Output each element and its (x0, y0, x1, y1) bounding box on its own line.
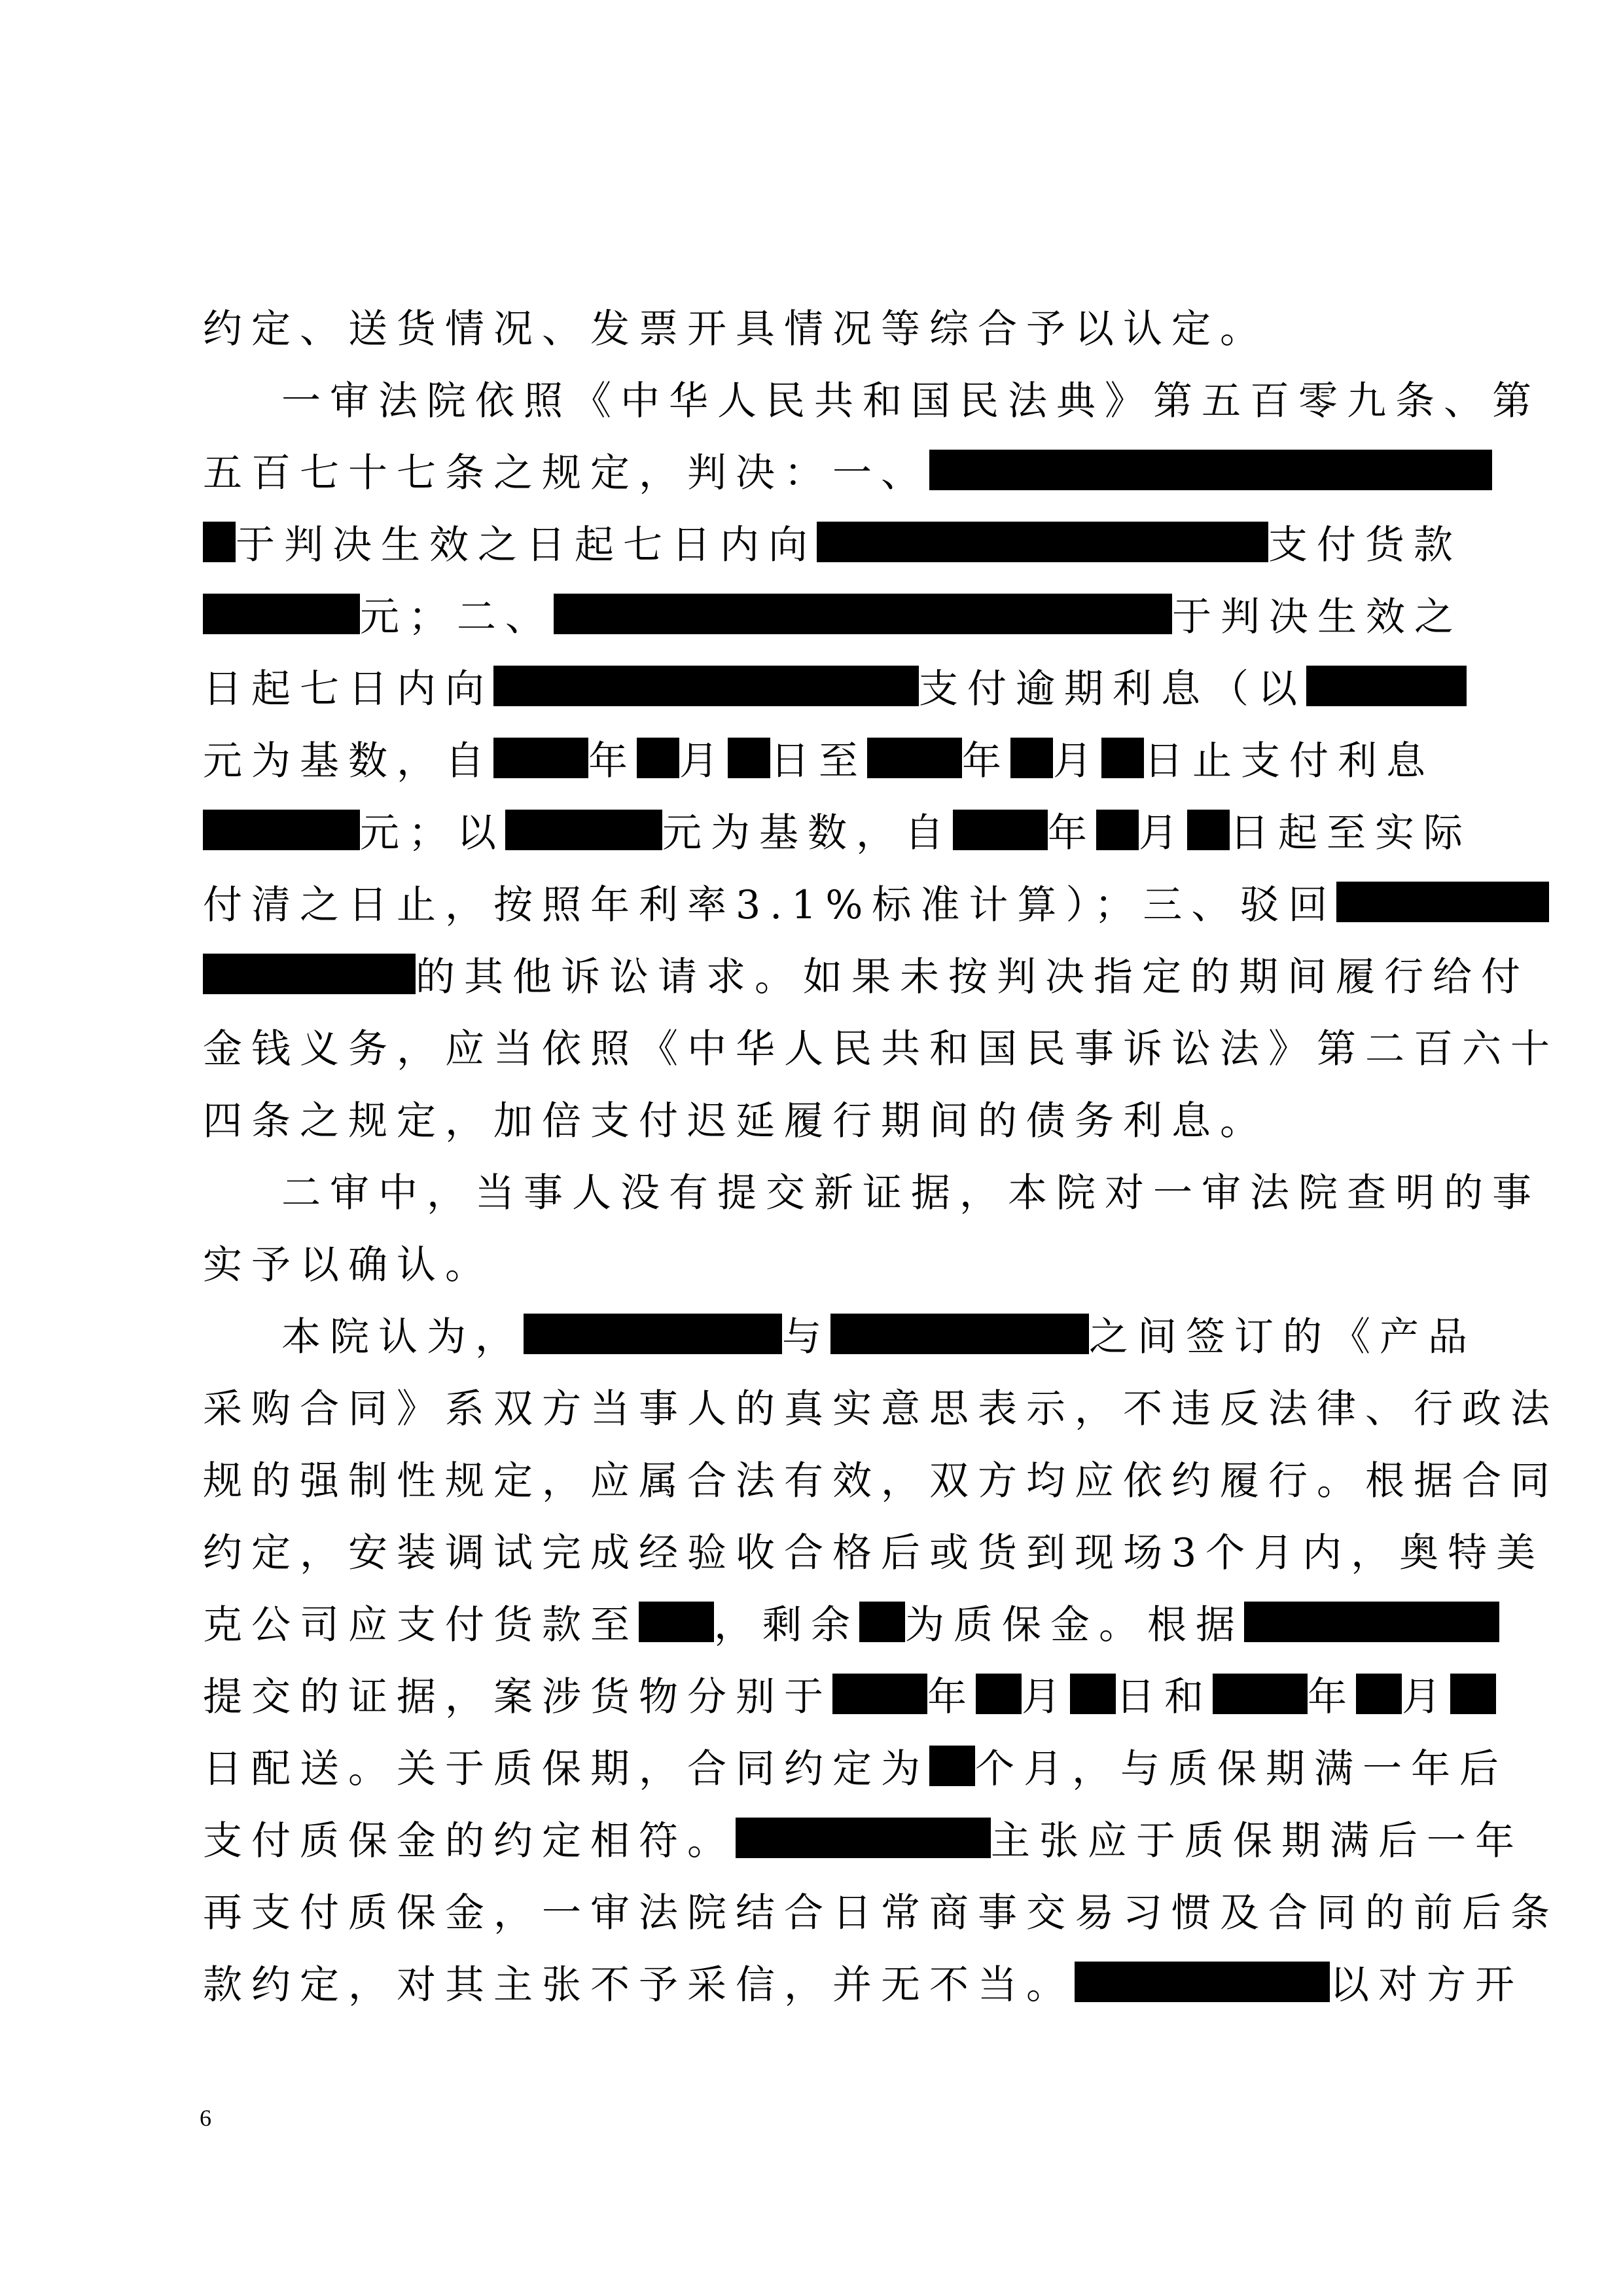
text-segment: 规的强制性规定，应属合法有效，双方均应依约履行。根据合同 (203, 1450, 1559, 1506)
document-page: 约定、送货情况、发票开具情况等综合予以认定。一审法院依照《中华人民共和国民法典》… (0, 0, 1623, 2296)
text-segment: 月 (1402, 1666, 1450, 1722)
redaction-box (203, 954, 416, 994)
redaction-box (1450, 1674, 1496, 1714)
text-segment: 元为基数，自 (203, 730, 493, 786)
text-line: 约定，安装调试完成经验收合格后或货到现场3个月内，奥特美 (203, 1524, 1420, 1576)
text-line: 支付质保金的约定相符。主张应于质保期满后一年 (203, 1812, 1420, 1864)
text-line: 二审中，当事人没有提交新证据，本院对一审法院查明的事 (281, 1164, 1420, 1216)
text-segment: 日至 (770, 730, 867, 786)
redaction-box (637, 738, 679, 778)
redaction-box (867, 738, 962, 778)
text-segment: 二审中，当事人没有提交新证据，本院对一审法院查明的事 (281, 1162, 1541, 1218)
redaction-box (976, 1674, 1022, 1714)
text-line: 规的强制性规定，应属合法有效，双方均应依约履行。根据合同 (203, 1452, 1420, 1504)
text-segment: 月 (1139, 802, 1187, 858)
redaction-box (728, 738, 770, 778)
redaction-box (1336, 882, 1549, 922)
text-line: 付清之日止，按照年利率3.1%标准计算）；三、驳回 (203, 876, 1420, 928)
text-segment: 五百七十七条之规定，判决：一、 (203, 442, 929, 498)
text-segment: 再支付质保金，一审法院结合日常商事交易习惯及合同的前后条 (203, 1882, 1559, 1938)
text-line: 金钱义务，应当依照《中华人民共和国民事诉讼法》第二百六十 (203, 1020, 1420, 1072)
text-segment: ，剩余 (714, 1594, 859, 1650)
text-line: 提交的证据，案涉货物分别于年月日和年月 (203, 1668, 1420, 1720)
redaction-box (505, 810, 662, 850)
redaction-box (203, 522, 236, 562)
redaction-box (859, 1602, 905, 1642)
text-segment: 日起七日内向 (203, 658, 493, 714)
text-line: 四条之规定，加倍支付迟延履行期间的债务利息。 (203, 1092, 1420, 1144)
text-segment: 四条之规定，加倍支付迟延履行期间的债务利息。 (203, 1090, 1268, 1146)
redaction-box (830, 1314, 1089, 1354)
redaction-box (736, 1818, 991, 1858)
text-segment: 日配送。关于质保期，合同约定为 (203, 1738, 929, 1794)
redaction-box (493, 738, 588, 778)
redaction-box (493, 666, 919, 706)
redaction-box (817, 522, 1268, 562)
page-number: 6 (200, 2104, 211, 2132)
text-segment: 与 (782, 1306, 830, 1362)
text-line: 再支付质保金，一审法院结合日常商事交易习惯及合同的前后条 (203, 1884, 1420, 1936)
text-segment: 于判决生效之 (1172, 586, 1463, 642)
text-segment: 以对方开 (1330, 1954, 1524, 2010)
text-segment: 实予以确认。 (203, 1234, 493, 1290)
text-line: 本院认为，与之间签订的《产品 (281, 1308, 1420, 1360)
text-segment: 约定，安装调试完成经验收合格后或货到现场3个月内，奥特美 (203, 1522, 1544, 1578)
redaction-box (1356, 1674, 1402, 1714)
text-line: 日起七日内向支付逾期利息（以 (203, 660, 1420, 712)
text-line: 元；以元为基数，自年月日起至实际 (203, 804, 1420, 856)
text-segment: 主张应于质保期满后一年 (991, 1810, 1524, 1866)
text-segment: 支付质保金的约定相符。 (203, 1810, 736, 1866)
redaction-box (929, 1746, 975, 1786)
text-segment: 月 (1022, 1666, 1070, 1722)
redaction-box (1010, 738, 1053, 778)
redaction-box (524, 1314, 782, 1354)
text-segment: 之间签订的《产品 (1089, 1306, 1476, 1362)
text-segment: 个月，与质保期满一年后 (975, 1738, 1508, 1794)
text-segment: 日和 (1116, 1666, 1213, 1722)
text-segment: 支付逾期利息（以 (919, 658, 1306, 714)
text-segment: 月 (679, 730, 728, 786)
text-segment: 月 (1053, 730, 1101, 786)
text-segment: 日起至实际 (1230, 802, 1472, 858)
text-segment: 于判决生效之日起七日内向 (236, 514, 817, 570)
redaction-box (203, 594, 360, 634)
text-segment: 年 (962, 730, 1010, 786)
text-segment: 元；以 (360, 802, 505, 858)
text-line: 款约定，对其主张不予采信，并无不当。以对方开 (203, 1956, 1420, 2008)
text-line: 采购合同》系双方当事人的真实意思表示，不违反法律、行政法 (203, 1380, 1420, 1432)
text-segment: 为质保金。根据 (905, 1594, 1244, 1650)
text-segment: 本院认为， (281, 1306, 524, 1362)
text-segment: 年 (1048, 802, 1096, 858)
text-segment: 年 (1308, 1666, 1356, 1722)
text-line: 克公司应支付货款至，剩余为质保金。根据 (203, 1596, 1420, 1648)
redaction-box (1096, 810, 1139, 850)
text-segment: 支付货款 (1268, 514, 1462, 570)
text-line: 的其他诉讼请求。如果未按判决指定的期间履行给付 (203, 948, 1420, 1000)
text-segment: 付清之日止，按照年利率3.1%标准计算）；三、驳回 (203, 874, 1336, 930)
text-segment: 约定、送货情况、发票开具情况等综合予以认定。 (203, 298, 1268, 354)
text-segment: 日止支付利息 (1144, 730, 1435, 786)
text-segment: 款约定，对其主张不予采信，并无不当。 (203, 1954, 1075, 2010)
redaction-box (832, 1674, 927, 1714)
text-segment: 的其他诉讼请求。如果未按判决指定的期间履行给付 (416, 946, 1529, 1002)
text-line: 约定、送货情况、发票开具情况等综合予以认定。 (203, 300, 1420, 352)
redaction-box (554, 594, 1172, 634)
redaction-box (1101, 738, 1144, 778)
text-segment: 一审法院依照《中华人民共和国民法典》第五百零九条、第 (281, 370, 1541, 426)
text-line: 元为基数，自年月日至年月日止支付利息 (203, 732, 1420, 784)
text-segment: 提交的证据，案涉货物分别于 (203, 1666, 832, 1722)
redaction-box (1070, 1674, 1116, 1714)
text-line: 日配送。关于质保期，合同约定为个月，与质保期满一年后 (203, 1740, 1420, 1792)
text-segment: 采购合同》系双方当事人的真实意思表示，不违反法律、行政法 (203, 1378, 1559, 1434)
text-segment: 年 (927, 1666, 976, 1722)
redaction-box (1213, 1674, 1308, 1714)
text-line: 五百七十七条之规定，判决：一、 (203, 444, 1420, 496)
text-line: 一审法院依照《中华人民共和国民法典》第五百零九条、第 (281, 372, 1420, 424)
text-segment: 元；二、 (360, 586, 554, 642)
redaction-box (953, 810, 1048, 850)
text-segment: 克公司应支付货款至 (203, 1594, 639, 1650)
redaction-box (1244, 1602, 1499, 1642)
redaction-box (1187, 810, 1230, 850)
redaction-box (1075, 1962, 1330, 2002)
text-line: 实予以确认。 (203, 1236, 1420, 1288)
text-segment: 年 (588, 730, 637, 786)
text-segment: 元为基数，自 (662, 802, 953, 858)
redaction-box (929, 450, 1492, 490)
text-line: 元；二、于判决生效之 (203, 588, 1420, 640)
redaction-box (639, 1602, 714, 1642)
redaction-box (203, 810, 360, 850)
text-line: 于判决生效之日起七日内向支付货款 (203, 516, 1420, 568)
text-segment: 金钱义务，应当依照《中华人民共和国民事诉讼法》第二百六十 (203, 1018, 1559, 1074)
redaction-box (1306, 666, 1467, 706)
